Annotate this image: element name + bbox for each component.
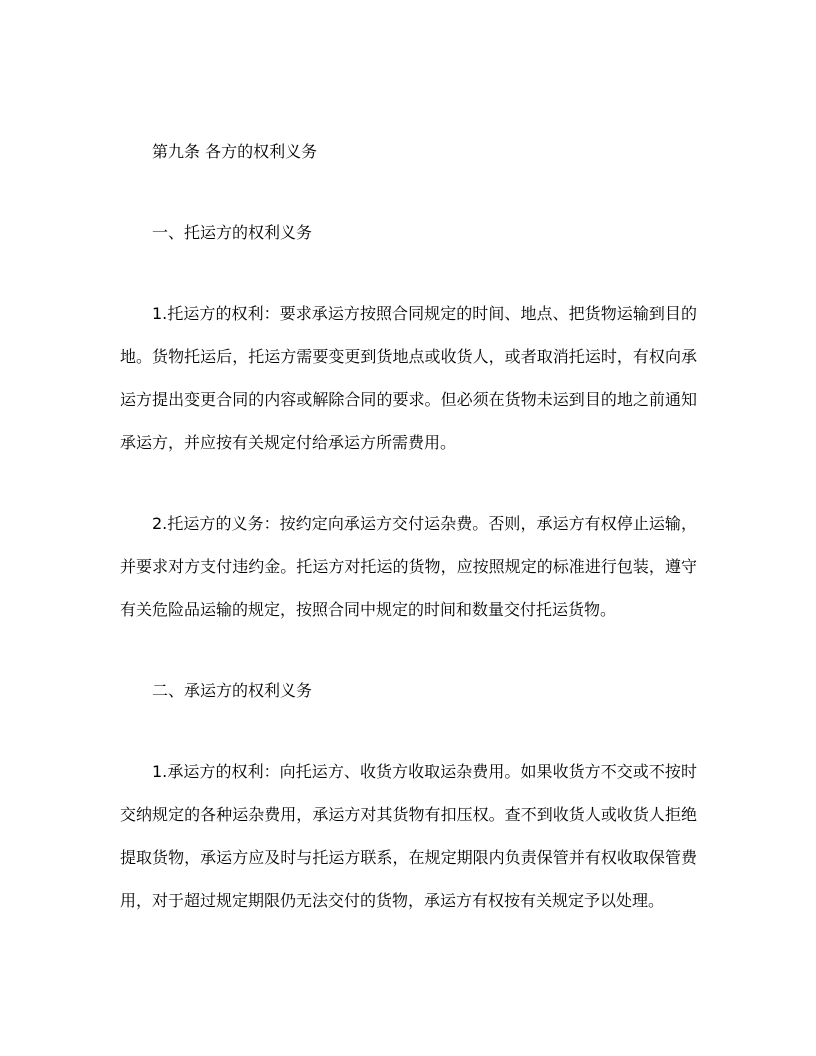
- document-page: 第九条 各方的权利义务 一、托运方的权利义务 1.托运方的权利：要求承运方按照合…: [0, 0, 816, 1056]
- paragraph-line: 1.承运方的权利：向托运方、收货方收取运杂费用。如果收货方不交或不按时: [120, 750, 697, 793]
- paragraph-line: 地。货物托运后，托运方需要变更到货地点或收货人，或者取消托运时，有权向承: [120, 335, 697, 378]
- article-heading: 第九条 各方的权利义务: [120, 130, 697, 173]
- paragraph-line: 交纳规定的各种运杂费用，承运方对其货物有扣压权。查不到收货人或收货人拒绝: [120, 793, 697, 836]
- paragraph-line: 用，对于超过规定期限仍无法交付的货物，承运方有权按有关规定予以处理。: [120, 879, 697, 922]
- paragraph-shipper-obligations: 2.托运方的义务：按约定向承运方交付运杂费。否则，承运方有权停止运输， 并要求对…: [120, 502, 697, 631]
- paragraph-line: 并要求对方支付违约金。托运方对托运的货物，应按照规定的标准进行包装，遵守: [120, 545, 697, 588]
- paragraph-line: 2.托运方的义务：按约定向承运方交付运杂费。否则，承运方有权停止运输，: [120, 502, 697, 545]
- paragraph-line: 提取货物，承运方应及时与托运方联系，在规定期限内负责保管并有权收取保管费: [120, 836, 697, 879]
- paragraph-shipper-rights: 1.托运方的权利：要求承运方按照合同规定的时间、地点、把货物运输到目的 地。货物…: [120, 292, 697, 464]
- paragraph-line: 承运方，并应按有关规定付给承运方所需费用。: [120, 421, 697, 464]
- section-shipper-heading: 一、托运方的权利义务: [120, 211, 697, 254]
- paragraph-line: 运方提出变更合同的内容或解除合同的要求。但必须在货物未运到目的地之前通知: [120, 378, 697, 421]
- paragraph-line: 1.托运方的权利：要求承运方按照合同规定的时间、地点、把货物运输到目的: [120, 292, 697, 335]
- section-shipper-heading-text: 一、托运方的权利义务: [120, 211, 697, 254]
- paragraph-line: 有关危险品运输的规定，按照合同中规定的时间和数量交付托运货物。: [120, 588, 697, 631]
- section-carrier-heading: 二、承运方的权利义务: [120, 669, 697, 712]
- section-carrier-heading-text: 二、承运方的权利义务: [120, 669, 697, 712]
- paragraph-carrier-rights: 1.承运方的权利：向托运方、收货方收取运杂费用。如果收货方不交或不按时 交纳规定…: [120, 750, 697, 922]
- article-heading-text: 第九条 各方的权利义务: [120, 130, 697, 173]
